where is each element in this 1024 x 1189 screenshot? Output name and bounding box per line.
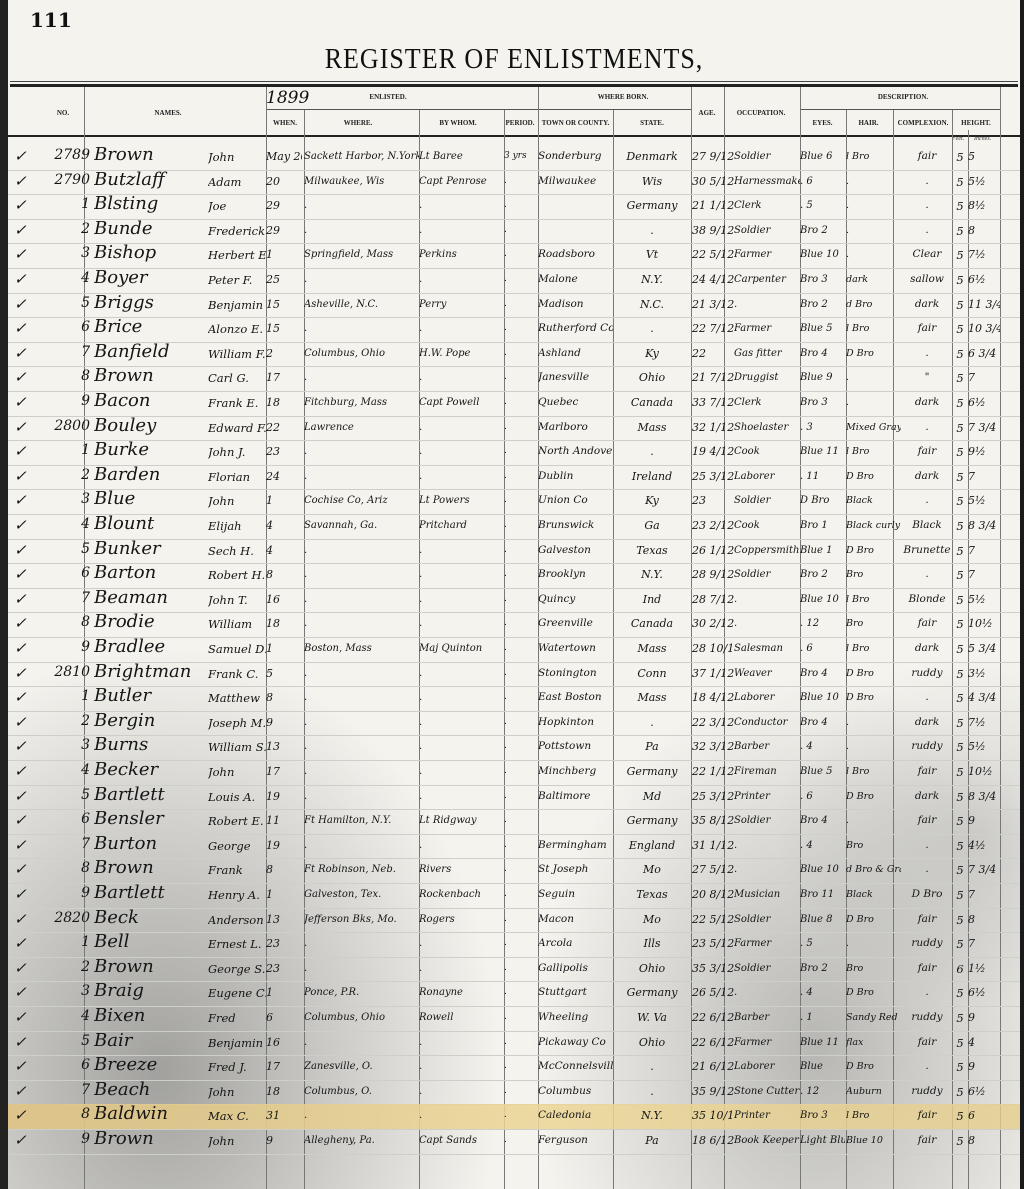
- surname: Bartlett: [94, 784, 206, 805]
- height-feet: 5: [953, 519, 967, 533]
- enlisted-period: .: [504, 594, 536, 604]
- hair: .: [846, 717, 901, 728]
- enlistment-row: ✓ 4 Boyer Peter F. 25 . . . Malone N.Y. …: [8, 268, 1020, 294]
- complexion: dark: [901, 298, 953, 310]
- age: 23: [692, 494, 734, 507]
- born-state: Mo: [613, 913, 691, 926]
- born-state: Texas: [613, 888, 691, 901]
- height-feet: 5: [953, 347, 967, 361]
- surname: Brightman: [94, 661, 206, 682]
- born-town: Brunswick: [538, 519, 613, 531]
- height-feet: 5: [953, 617, 967, 631]
- complexion: ruddy: [901, 1011, 953, 1023]
- description-underline: [800, 109, 1000, 110]
- given-name: Carl G.: [208, 371, 266, 385]
- born-state: W. Va: [613, 1011, 691, 1024]
- born-town: East Boston: [538, 691, 613, 703]
- age: 25 3/12: [692, 790, 734, 803]
- surname: Boyer: [94, 267, 206, 288]
- born-town: Stuttgart: [538, 986, 613, 998]
- verified-check-icon: ✓: [14, 541, 27, 559]
- enlisted-period: .: [504, 397, 536, 407]
- surname: Bensler: [94, 808, 206, 829]
- height-feet: 5: [953, 863, 967, 877]
- eyes: Bro 2: [800, 569, 845, 580]
- enlistment-row: ✓ 7 Beach John 18 Columbus, O. . . Colum…: [8, 1080, 1020, 1106]
- eyes: Bro 2: [800, 225, 845, 236]
- born-state: Mass: [613, 421, 691, 434]
- age: 21 6/12: [692, 1060, 734, 1073]
- age: 31 1/12: [692, 839, 734, 852]
- surname: Beck: [94, 907, 206, 928]
- born-town: Macon: [538, 913, 613, 925]
- eyes: Blue 8: [800, 914, 845, 925]
- enlisted-by-whom: Capt Powell: [419, 397, 504, 408]
- age: 22 6/12: [692, 1011, 734, 1024]
- born-town: Ferguson: [538, 1134, 613, 1146]
- born-state: Germany: [613, 986, 691, 999]
- age: 21 7/12: [692, 371, 734, 384]
- complexion: ": [901, 371, 953, 383]
- occupation: Druggist: [734, 372, 800, 383]
- born-town: Minchberg: [538, 765, 613, 777]
- enlisted-by-whom: .: [419, 200, 504, 211]
- complexion: Black: [901, 519, 953, 531]
- occupation: Soldier: [734, 151, 800, 162]
- given-name: Elijah: [208, 519, 266, 533]
- entry-number: 7: [38, 1082, 90, 1098]
- enlisted-period: .: [504, 348, 536, 358]
- complexion: fair: [901, 1109, 953, 1121]
- height-feet: 5: [953, 421, 967, 435]
- enlistment-row: ✓ 1 Burke John J. 23 . . . North Andover…: [8, 440, 1020, 466]
- given-name: William: [208, 617, 266, 631]
- inches-label: Inches.: [974, 136, 991, 142]
- hair: Mixed Gray: [846, 422, 901, 433]
- header-by-whom: By Whom.: [423, 119, 493, 127]
- enlisted-where: Cochise Co, Ariz: [304, 495, 419, 506]
- given-name: Frank C.: [208, 667, 266, 681]
- hair: D Bro: [846, 692, 901, 703]
- age: 35 3/12: [692, 962, 734, 975]
- enlisted-by-whom: Rivers: [419, 864, 504, 875]
- age: 32 3/12: [692, 740, 734, 753]
- born-town: Quebec: [538, 396, 613, 408]
- born-town: Milwaukee: [538, 175, 613, 187]
- occupation: Barber: [734, 1012, 800, 1023]
- eyes: . 6: [800, 643, 845, 654]
- born-town: Quincy: [538, 593, 613, 605]
- complexion: dark: [901, 790, 953, 802]
- entry-number: 4: [38, 1008, 90, 1024]
- verified-check-icon: ✓: [14, 221, 27, 239]
- enlisted-when: 1: [266, 986, 302, 999]
- verified-check-icon: ✓: [14, 245, 27, 263]
- enlistment-row: ✓ 3 Braig Eugene C. 1 Ponce, P.R. Ronayn…: [8, 981, 1020, 1007]
- born-state: Ohio: [613, 1036, 691, 1049]
- enlisted-period: .: [504, 889, 536, 899]
- age: 22 7/12: [692, 322, 734, 335]
- height-feet: 5: [953, 175, 967, 189]
- enlisted-period: .: [504, 249, 536, 259]
- enlisted-by-whom: Perkins: [419, 249, 504, 260]
- surname: Barden: [94, 464, 206, 485]
- height-inches: 7: [968, 888, 1000, 901]
- enlisted-by-whom: Lt Ridgway: [419, 815, 504, 826]
- born-state: Germany: [613, 814, 691, 827]
- enlisted-where: .: [304, 840, 419, 851]
- eyes: . 4: [800, 840, 845, 851]
- enlisted-by-whom: .: [419, 274, 504, 285]
- given-name: Samuel D.: [208, 642, 266, 656]
- page-title: REGISTER OF ENLISTMENTS,: [8, 43, 1020, 76]
- enlisted-period: .: [504, 1110, 536, 1120]
- enlisted-period: .: [504, 446, 536, 456]
- enlisted-where: .: [304, 668, 419, 679]
- height-feet: 5: [953, 224, 967, 238]
- verified-check-icon: ✓: [14, 737, 27, 755]
- given-name: Matthew: [208, 691, 266, 705]
- age: 35 9/12: [692, 1085, 734, 1098]
- born-town: Union Co: [538, 494, 613, 506]
- surname: Brice: [94, 316, 206, 337]
- hair: D Bro: [846, 545, 901, 556]
- height-feet: 5: [953, 494, 967, 508]
- height-feet: 5: [953, 716, 967, 730]
- born-town: Gallipolis: [538, 962, 613, 974]
- occupation: Shoelaster: [734, 422, 800, 433]
- surname: Brown: [94, 365, 206, 386]
- enlisted-by-whom: .: [419, 618, 504, 629]
- enlisted-when: 17: [266, 371, 302, 384]
- age: 28 10/12: [692, 642, 734, 655]
- hair: Sandy Red: [846, 1012, 901, 1023]
- entry-number: 5: [38, 295, 90, 311]
- entry-number: 1: [38, 442, 90, 458]
- complexion: .: [901, 839, 953, 851]
- surname: Bunker: [94, 538, 206, 559]
- occupation: Musician: [734, 889, 800, 900]
- hair: Bro: [846, 963, 901, 974]
- surname: Bartlett: [94, 882, 206, 903]
- enlisted-when: 1: [266, 494, 302, 507]
- enlisted-by-whom: .: [419, 323, 504, 334]
- born-state: Pa: [613, 740, 691, 753]
- verified-check-icon: ✓: [14, 1082, 27, 1100]
- occupation: .: [734, 594, 800, 605]
- hair: l Bro: [846, 323, 901, 334]
- enlisted-when: May 26: [266, 150, 302, 163]
- height-feet: 5: [953, 371, 967, 385]
- complexion: fair: [901, 913, 953, 925]
- hair: .: [846, 372, 901, 383]
- verified-check-icon: ✓: [14, 1033, 27, 1051]
- entry-number: 6: [38, 1057, 90, 1073]
- given-name: Robert H.: [208, 568, 266, 582]
- born-state: Mass: [613, 691, 691, 704]
- enlistment-row: ✓ 6 Breeze Fred J. 17 Zanesville, O. . .…: [8, 1055, 1020, 1081]
- enlistment-row: ✓ 4 Blount Elijah 4 Savannah, Ga. Pritch…: [8, 514, 1020, 540]
- given-name: Robert E.: [208, 814, 266, 828]
- enlisted-when: 13: [266, 913, 302, 926]
- age: 19 4/12: [692, 445, 734, 458]
- enlistment-row: ✓ 5 Briggs Benjamin W. 15 Asheville, N.C…: [8, 293, 1020, 319]
- occupation: .: [734, 864, 800, 875]
- occupation: Farmer: [734, 1037, 800, 1048]
- hair: dark: [846, 274, 901, 285]
- born-state: Ireland: [613, 470, 691, 483]
- verified-check-icon: ✓: [14, 590, 27, 608]
- enlisted-when: 6: [266, 1011, 302, 1024]
- enlisted-period: .: [504, 815, 536, 825]
- enlisted-where: .: [304, 323, 419, 334]
- enlistment-row: ✓ 8 Baldwin Max C. 31 . . . Caledonia N.…: [8, 1104, 1020, 1130]
- surname: Blue: [94, 488, 206, 509]
- eyes: Blue 1: [800, 545, 845, 556]
- enlisted-period: .: [504, 225, 536, 235]
- enlisted-when: 18: [266, 1085, 302, 1098]
- entry-number: 6: [38, 319, 90, 335]
- enlisted-where: .: [304, 692, 419, 703]
- enlisted-period: .: [504, 372, 536, 382]
- enlisted-when: 4: [266, 544, 302, 557]
- surname: Bixen: [94, 1005, 206, 1026]
- complexion: .: [901, 494, 953, 506]
- enlistment-row: ✓ 1 Bell Ernest L. 23 . . . Arcola Ills …: [8, 932, 1020, 958]
- height-feet: 5: [953, 667, 967, 681]
- verified-check-icon: ✓: [14, 860, 27, 878]
- given-name: Ernest L.: [208, 937, 266, 951]
- height-inches: 11 3/4: [968, 298, 1000, 311]
- hair: .: [846, 741, 901, 752]
- born-town: Arcola: [538, 937, 613, 949]
- height-feet: 6: [953, 962, 967, 976]
- enlisted-by-whom: Capt Sands: [419, 1135, 504, 1146]
- occupation: Soldier: [734, 963, 800, 974]
- occupation: Soldier: [734, 569, 800, 580]
- enlisted-where: .: [304, 545, 419, 556]
- hair: l Bro: [846, 446, 901, 457]
- surname: Bradlee: [94, 636, 206, 657]
- hair: .: [846, 200, 901, 211]
- given-name: Fred J.: [208, 1060, 266, 1074]
- enlistment-row: ✓ 7 Burton George 19 . . . Bermingham En…: [8, 834, 1020, 860]
- enlistment-row: ✓ 2 Bunde Frederick C. 29 . . . . 38 9/1…: [8, 219, 1020, 245]
- born-state: N.Y.: [613, 568, 691, 581]
- complexion: fair: [901, 1134, 953, 1146]
- enlisted-when: 5: [266, 667, 302, 680]
- born-state: Wis: [613, 175, 691, 188]
- occupation: Soldier: [734, 914, 800, 925]
- surname: Baldwin: [94, 1103, 206, 1124]
- entry-number: 2: [38, 467, 90, 483]
- entry-number: 6: [38, 565, 90, 581]
- enlisted-by-whom: .: [419, 1110, 504, 1121]
- surname: Blsting: [94, 193, 206, 214]
- enlistment-row: ✓ 7 Beaman John T. 16 . . . Quincy Ind 2…: [8, 588, 1020, 614]
- complexion: .: [901, 421, 953, 433]
- height-feet: 5: [953, 839, 967, 853]
- complexion: .: [901, 568, 953, 580]
- given-name: Frank: [208, 863, 266, 877]
- eyes: . 11: [800, 471, 845, 482]
- height-inches: 6½: [968, 986, 1000, 999]
- given-name: Sech H.: [208, 544, 266, 558]
- eyes: Light Blue 10: [800, 1135, 845, 1146]
- entry-number: 8: [38, 368, 90, 384]
- enlisted-where: Asheville, N.C.: [304, 299, 419, 310]
- eyes: Blue: [800, 1061, 845, 1072]
- complexion: .: [901, 347, 953, 359]
- age: 26 1/12: [692, 544, 734, 557]
- eyes: Bro 3: [800, 274, 845, 285]
- height-inches: 7: [968, 470, 1000, 483]
- eyes: . 6: [800, 791, 845, 802]
- eyes: Bro 4: [800, 815, 845, 826]
- age: 18 6/12: [692, 1134, 734, 1147]
- height-feet: 5: [953, 568, 967, 582]
- born-state: Ills: [613, 937, 691, 950]
- enlistment-row: ✓ 3 Bishop Herbert E. 1 Springfield, Mas…: [8, 243, 1020, 269]
- enlisted-where: .: [304, 791, 419, 802]
- verified-check-icon: ✓: [14, 934, 27, 952]
- occupation: Farmer: [734, 938, 800, 949]
- born-town: Hopkinton: [538, 716, 613, 728]
- enlistment-row: ✓ 2789 Brown John May 26 Sackett Harbor,…: [8, 145, 1020, 171]
- hair: l Bro: [846, 643, 901, 654]
- height-inches: 8 3/4: [968, 519, 1000, 532]
- eyes: Bro 11: [800, 889, 845, 900]
- enlisted-when: 1: [266, 642, 302, 655]
- enlisted-where: .: [304, 594, 419, 605]
- complexion: fair: [901, 1036, 953, 1048]
- height-feet: 5: [953, 1011, 967, 1025]
- enlisted-where: Ft Hamilton, N.Y.: [304, 815, 419, 826]
- eyes: Blue 5: [800, 323, 845, 334]
- given-name: John: [208, 765, 266, 779]
- complexion: fair: [901, 617, 953, 629]
- occupation: .: [734, 618, 800, 629]
- born-town: Ashland: [538, 347, 613, 359]
- enlistment-row: ✓ 8 Brown Frank 8 Ft Robinson, Neb. Rive…: [8, 858, 1020, 884]
- hair: D Bro: [846, 668, 901, 679]
- enlisted-when: 15: [266, 298, 302, 311]
- enlisted-where: Ft Robinson, Neb.: [304, 864, 419, 875]
- entry-number: 8: [38, 614, 90, 630]
- born-town: Madison: [538, 298, 613, 310]
- enlisted-period: .: [504, 200, 536, 210]
- enlisted-period: .: [504, 963, 536, 973]
- occupation: Book Keeper: [734, 1135, 800, 1146]
- enlisted-period: .: [504, 840, 536, 850]
- given-name: William F.: [208, 347, 266, 361]
- enlisted-where: .: [304, 446, 419, 457]
- hair: D Bro: [846, 914, 901, 925]
- eyes: Blue 6: [800, 151, 845, 162]
- born-state: Ky: [613, 494, 691, 507]
- enlisted-where: Columbus, Ohio: [304, 1012, 419, 1023]
- height-inches: 8 3/4: [968, 790, 1000, 803]
- verified-check-icon: ✓: [14, 147, 27, 165]
- born-state: Canada: [613, 617, 691, 630]
- header-enlisted: Enlisted.: [348, 93, 428, 101]
- hair: l Bro: [846, 766, 901, 777]
- enlisted-where: .: [304, 741, 419, 752]
- height-inches: 5½: [968, 593, 1000, 606]
- enlisted-by-whom: .: [419, 594, 504, 605]
- eyes: Bro 4: [800, 668, 845, 679]
- enlisted-where: .: [304, 938, 419, 949]
- enlisted-when: 24: [266, 470, 302, 483]
- enlisted-where: Boston, Mass: [304, 643, 419, 654]
- enlisted-period: .: [504, 987, 536, 997]
- height-inches: 8: [968, 1134, 1000, 1147]
- given-name: Peter F.: [208, 273, 266, 287]
- verified-check-icon: ✓: [14, 614, 27, 632]
- occupation: Cook: [734, 446, 800, 457]
- verified-check-icon: ✓: [14, 762, 27, 780]
- born-state: Ky: [613, 347, 691, 360]
- born-town: Rutherford Co: [538, 322, 613, 334]
- verified-check-icon: ✓: [14, 688, 27, 706]
- entry-number: 2: [38, 221, 90, 237]
- hair: .: [846, 225, 901, 236]
- page-binding-edge: [0, 0, 8, 1189]
- enlisted-when: 18: [266, 396, 302, 409]
- height-inches: 10½: [968, 617, 1000, 630]
- height-inches: 9: [968, 1011, 1000, 1024]
- enlistment-row: ✓ 3 Blue John 1 Cochise Co, Ariz Lt Powe…: [8, 489, 1020, 515]
- born-state: Germany: [613, 765, 691, 778]
- enlisted-period: .: [504, 914, 536, 924]
- eyes: . 5: [800, 200, 845, 211]
- entry-number: 8: [38, 1106, 90, 1122]
- enlistment-row: ✓ 5 Bunker Sech H. 4 . . . Galveston Tex…: [8, 539, 1020, 565]
- enlistment-row: ✓ 1 Butler Matthew 8 . . . East Boston M…: [8, 686, 1020, 712]
- enlisted-by-whom: .: [419, 446, 504, 457]
- entry-number: 4: [38, 270, 90, 286]
- occupation: Carpenter: [734, 274, 800, 285]
- enlisted-when: 22: [266, 421, 302, 434]
- height-feet: 5: [953, 691, 967, 705]
- occupation: Farmer: [734, 323, 800, 334]
- eyes: Blue 9: [800, 372, 845, 383]
- eyes: Bro 2: [800, 299, 845, 310]
- height-inches: 4 3/4: [968, 691, 1000, 704]
- born-state: N.C.: [613, 298, 691, 311]
- born-state: .: [613, 1060, 691, 1073]
- header-eyes: Eyes.: [800, 119, 845, 127]
- height-inches: 1½: [968, 962, 1000, 975]
- enlisted-by-whom: .: [419, 1037, 504, 1048]
- verified-check-icon: ✓: [14, 295, 27, 313]
- complexion: ruddy: [901, 740, 953, 752]
- occupation: Soldier: [734, 495, 800, 506]
- surname: Bacon: [94, 390, 206, 411]
- age: 24 4/12: [692, 273, 734, 286]
- occupation: .: [734, 299, 800, 310]
- given-name: Henry A.: [208, 888, 266, 902]
- column-header: No. Names. Enlisted. When. Where. By Who…: [8, 87, 1020, 137]
- enlisted-when: 25: [266, 273, 302, 286]
- age: 28 9/12: [692, 568, 734, 581]
- height-inches: 9: [968, 814, 1000, 827]
- hair: Black: [846, 495, 901, 506]
- height-feet: 5: [953, 593, 967, 607]
- height-inches: 5½: [968, 494, 1000, 507]
- height-feet: 5: [953, 986, 967, 1000]
- enlisted-when: 8: [266, 568, 302, 581]
